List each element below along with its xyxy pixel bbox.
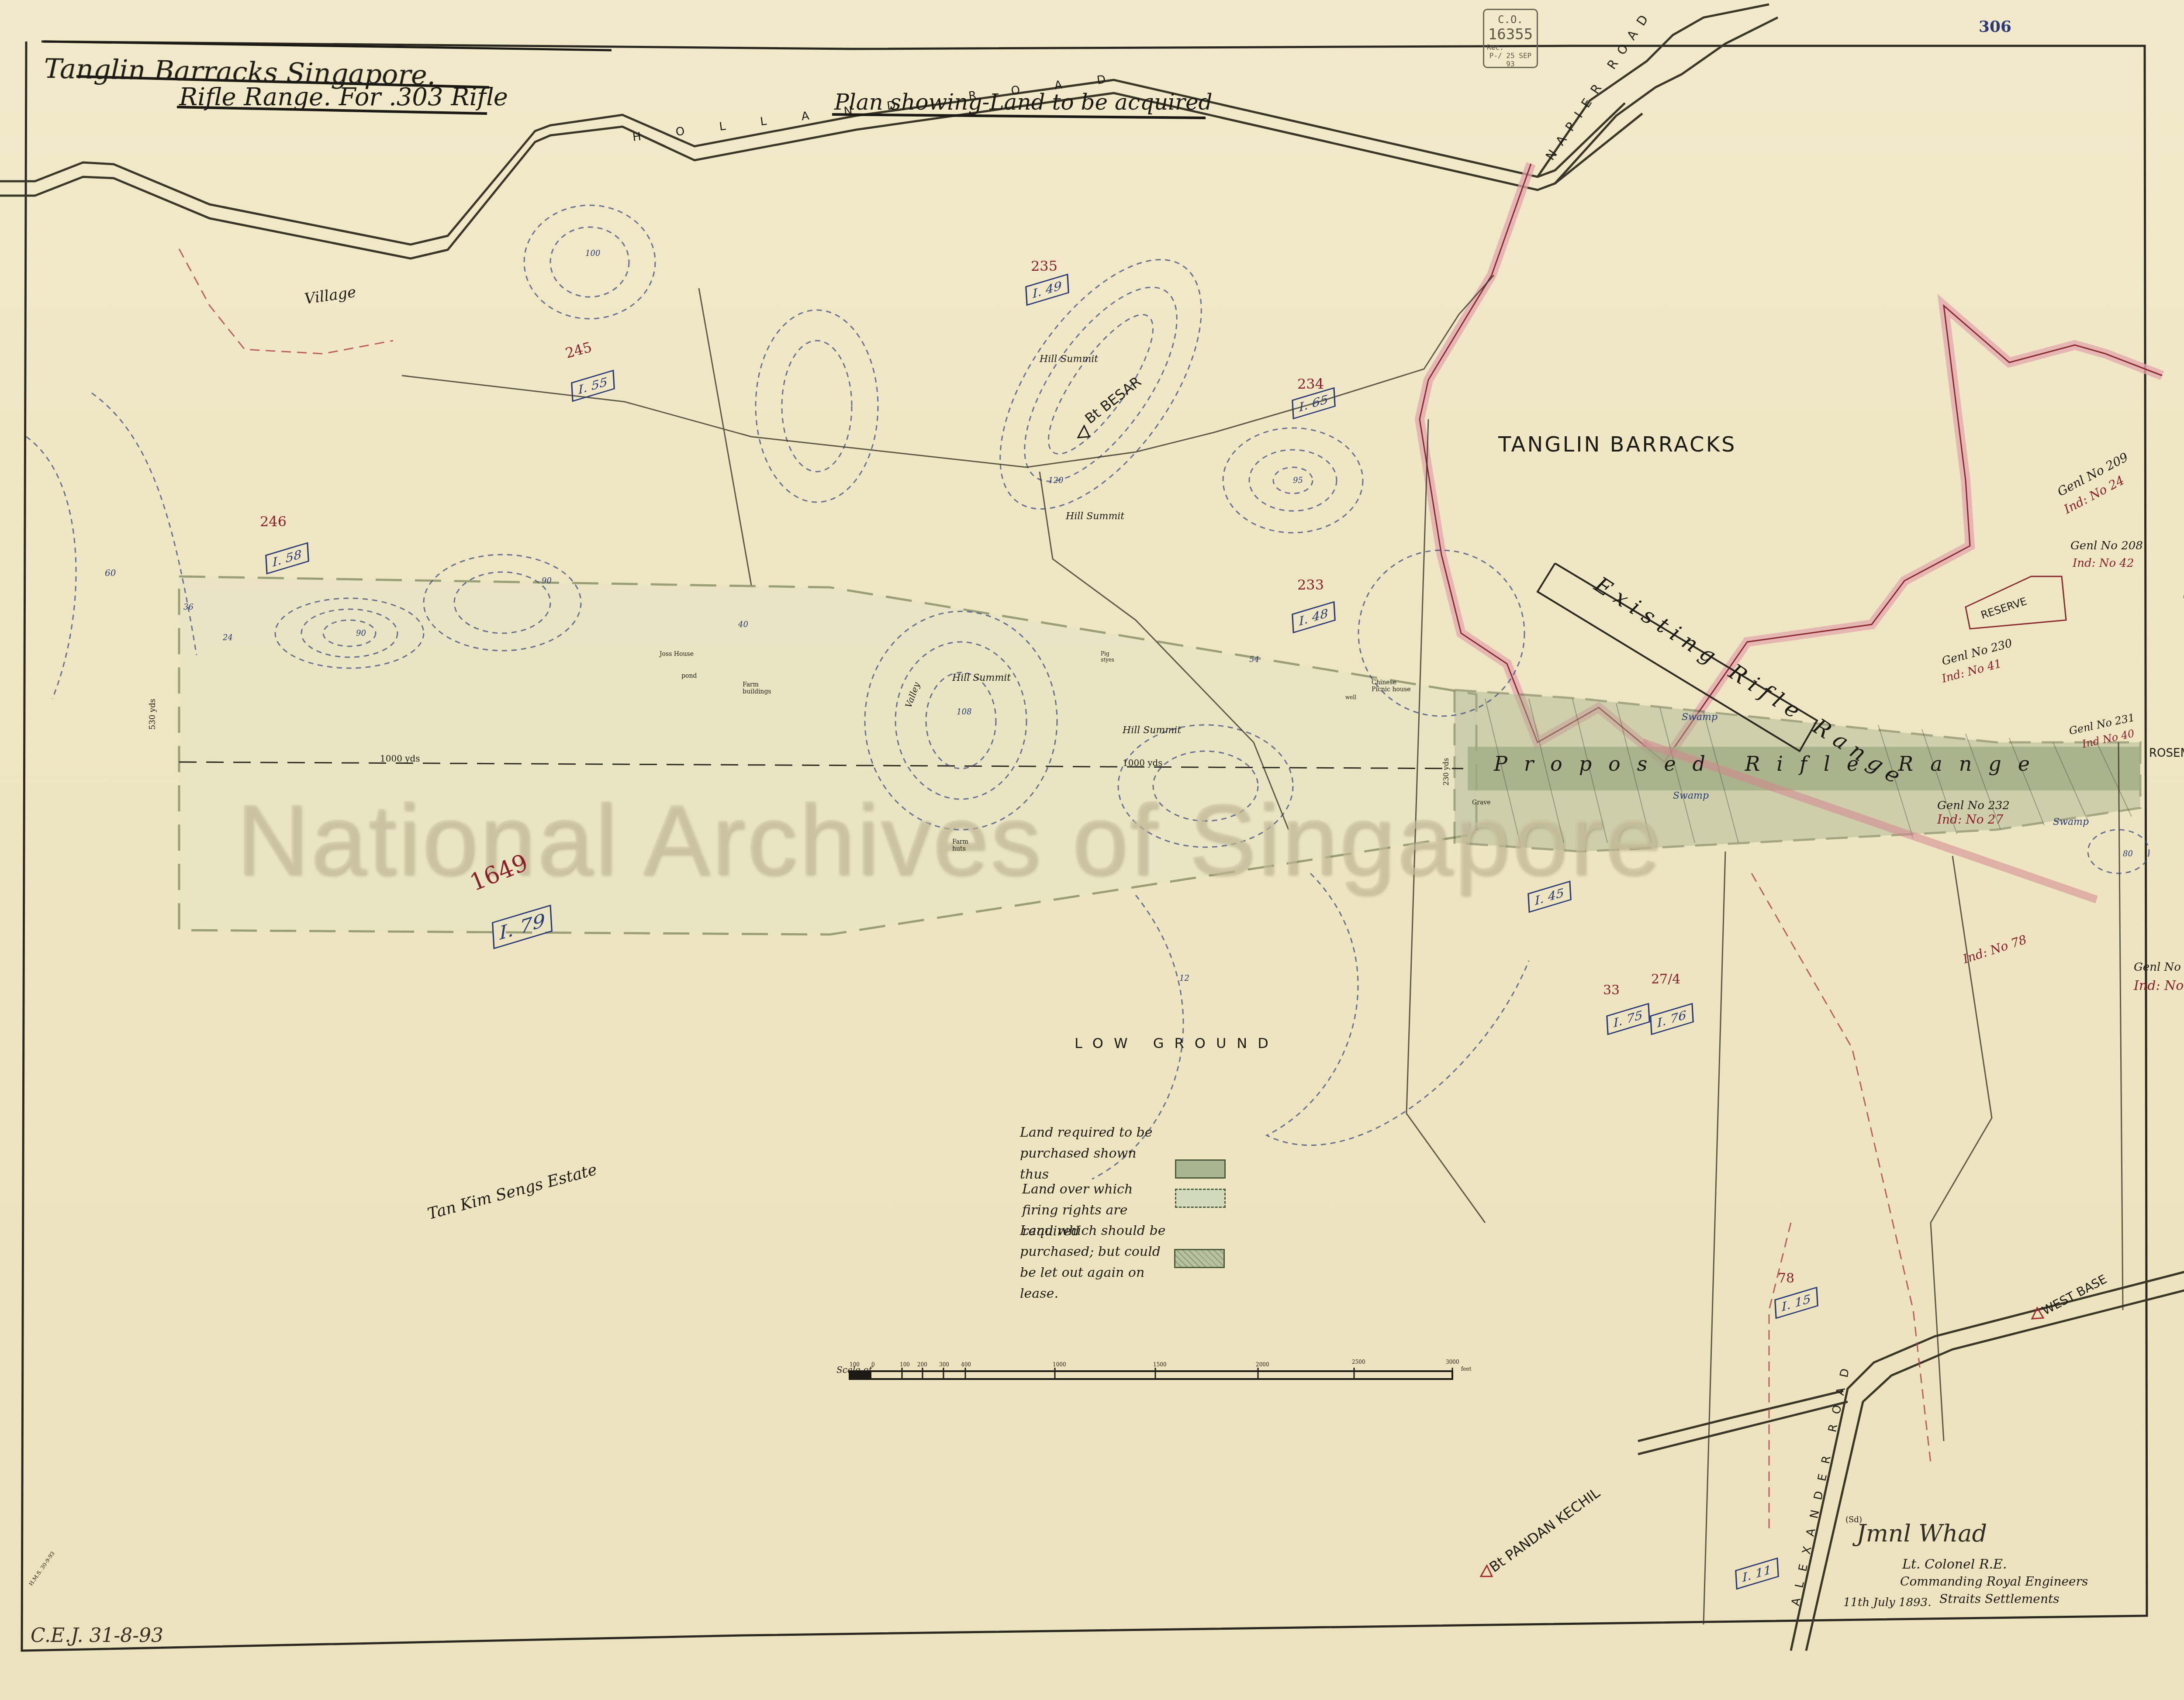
- joss-house-label: Joss House: [660, 651, 694, 658]
- legend-swatch-purchase: [1175, 1159, 1226, 1179]
- low-ground-label: LOW GROUND: [1075, 1035, 1279, 1052]
- contour-label: 60: [105, 568, 116, 578]
- swamp-label: Swamp: [1682, 712, 1717, 723]
- legend-item-purchase: Land required to be purchased shown thus: [1020, 1122, 1168, 1185]
- stamp-number: 16355: [1484, 26, 1537, 43]
- rosemary-label: ROSEMARY: [2149, 747, 2184, 760]
- footer-initials: C.E.J. 31-8-93: [31, 1624, 163, 1647]
- lot-number: 234: [1297, 376, 1324, 392]
- hill-summit-label-besar: Hill Summit: [1040, 354, 1098, 365]
- sheet-number: 306: [1979, 17, 2011, 36]
- range-length-label-mid: 1000 yds: [1123, 758, 1163, 768]
- stamp-received-label: Rec.: [1484, 43, 1537, 52]
- pig-styes-label: Pig styes: [1101, 651, 1123, 663]
- range-width-label: 530 yds: [148, 699, 157, 730]
- proposed-range-label: Proposed Rifle Range: [1494, 752, 2046, 776]
- napier-road: [1538, 4, 1778, 183]
- hill-summit-label-south: Hill Summit: [1123, 725, 1181, 736]
- contour-label: 54: [1249, 655, 1259, 664]
- farm-buildings-label: Farm buildings: [743, 681, 778, 695]
- contour-label: 100: [585, 249, 600, 258]
- scale-tick: 100: [850, 1362, 860, 1368]
- scale-tick: 0: [871, 1362, 875, 1368]
- contour-label: 24: [223, 633, 233, 642]
- hill-summit-label-mid: Hill Summit: [1066, 511, 1124, 522]
- signature-region: Straits Settlements: [1939, 1592, 2060, 1606]
- signature-role: Commanding Royal Engineers: [1900, 1574, 2088, 1589]
- tanglin-barracks-boundary: [1420, 164, 2162, 762]
- scale-tick: 3000: [1446, 1359, 1459, 1365]
- contour-label: 12: [1179, 974, 1189, 983]
- grave-label: Grave: [1472, 799, 1490, 806]
- lot-number: 33: [1603, 983, 1620, 998]
- grant-ind: Ind: No 44: [2134, 978, 2184, 993]
- scale-tick: 1500: [1153, 1362, 1167, 1368]
- contour-label: 90: [542, 576, 552, 586]
- lot-number: 246: [260, 513, 287, 530]
- scale-unit: feet: [1461, 1366, 1471, 1372]
- swamp-label-east: Swamp: [2053, 817, 2089, 828]
- lot-number: 233: [1297, 576, 1324, 593]
- swamp-label-south: Swamp: [1673, 790, 1709, 801]
- legend-swatch-lease: [1174, 1249, 1225, 1268]
- trig-point-besar: [1078, 426, 1089, 438]
- map-subtitle-rifle-range: Rifle Range. For .303 Rifle: [179, 83, 508, 111]
- pond-label: pond: [681, 672, 697, 679]
- grant-ind: Ind: No 42: [2073, 557, 2134, 570]
- stamp-date: P-/ 25 SEP 93: [1484, 52, 1537, 68]
- range-height-label: 230 yds: [1442, 758, 1450, 786]
- alexander-road: [1638, 1266, 2184, 1651]
- contour-label: 36: [183, 603, 194, 612]
- property-lines: [402, 275, 2123, 1624]
- scale-tick: 2000: [1256, 1362, 1269, 1368]
- scale-tick: 100: [900, 1362, 910, 1368]
- map-sheet: National Archives of Singapore Tanglin B…: [0, 0, 2184, 1700]
- scale-bar: [850, 1368, 1452, 1380]
- contour-label: 120: [1048, 476, 1063, 485]
- scale-tick: 300: [939, 1362, 949, 1368]
- scale-tick: 400: [961, 1362, 971, 1368]
- watermark: National Archives of Singapore: [236, 782, 1662, 897]
- contour-label: 40: [738, 620, 748, 629]
- contour-label: 108: [957, 707, 971, 717]
- signature-rank: Lt. Colonel R.E.: [1902, 1557, 2007, 1572]
- legend-swatch-firing-rights: [1175, 1189, 1226, 1208]
- legend-item-lease: Land which should be purchased; but coul…: [1020, 1221, 1168, 1304]
- contour-label: 95: [1293, 476, 1303, 485]
- signature-date: 11th July 1893.: [1843, 1596, 1931, 1609]
- lot-number: 235: [1031, 258, 1057, 274]
- signature-name: Jmnl Whad: [1856, 1520, 1987, 1547]
- contour-label: 80: [2123, 849, 2133, 859]
- well-label: well: [1345, 694, 1356, 700]
- grant-gen: Genl No 208: [2070, 539, 2143, 552]
- scale-tick: 2500: [1352, 1359, 1365, 1365]
- farm-huts-label: Farm huts: [952, 838, 978, 852]
- scale-tick: 200: [917, 1362, 927, 1368]
- lot-number: 78: [1778, 1271, 1794, 1286]
- grant-gen: Genl No 232: [1937, 799, 2010, 812]
- scale-tick: 1000: [1053, 1362, 1066, 1368]
- stamp-office: C.O.: [1484, 14, 1537, 26]
- contour-label: 90: [356, 629, 366, 638]
- registry-stamp: C.O. 16355 Rec. P-/ 25 SEP 93: [1483, 9, 1538, 68]
- range-length-label: 1000 yds: [380, 753, 420, 764]
- grant-ind: Ind: No 27: [1937, 812, 2003, 827]
- grant-gen: Genl No 205: [2134, 961, 2184, 974]
- hill-summit-label: Hill Summit: [952, 672, 1011, 683]
- lot-number: 27/4: [1651, 972, 1680, 987]
- tanglin-barracks-label: TANGLIN BARRACKS: [1498, 432, 1737, 457]
- chinese-picnic-house-label: Chinese Picnic house: [1372, 679, 1411, 693]
